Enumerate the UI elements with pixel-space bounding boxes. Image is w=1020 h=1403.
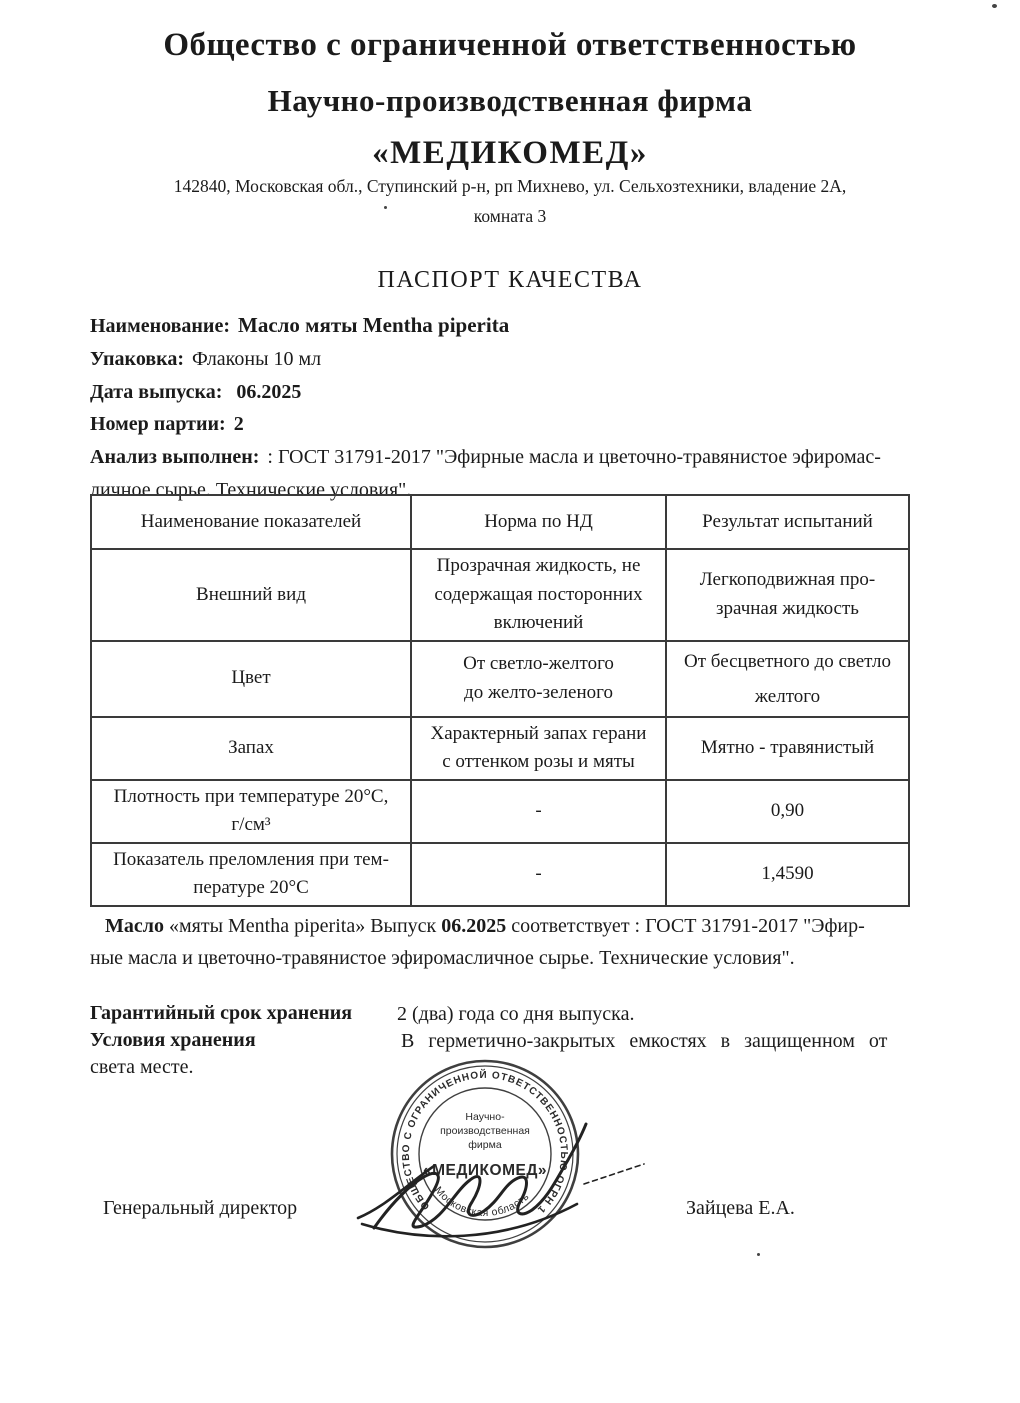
- org-address-line1: 142840, Московская обл., Ступинский р-н,…: [0, 176, 1020, 197]
- seal-outer-ring: [392, 1061, 578, 1247]
- storage-conditions-label: Условия хранения: [90, 1029, 256, 1052]
- table-row-odor: Запах Характерный запах герани с оттенко…: [91, 717, 909, 780]
- cell-result: Мятно - травянистый: [666, 717, 909, 780]
- field-name-label: Наименование:: [90, 315, 230, 337]
- director-role: Генеральный директор: [103, 1197, 297, 1220]
- storage-conditions-tail: света месте.: [90, 1056, 193, 1079]
- conformity-standard: соответствует : ГОСТ 31791-2017 "Эфир-: [506, 915, 865, 937]
- field-package: Упаковка:Флаконы 10 мл: [90, 343, 928, 376]
- cell-norm: Прозрачная жидкость, не содержащая посто…: [411, 549, 666, 641]
- seal-inner-ring: [419, 1088, 551, 1220]
- conformity-paragraph: Масло «мяты Mentha piperita» Выпуск 06.2…: [90, 910, 914, 974]
- cell-result: 0,90: [666, 780, 909, 843]
- field-package-value: Флаконы 10 мл: [192, 348, 321, 370]
- seal-center-line3: фирма: [468, 1139, 502, 1151]
- cell-result: От бесцветного до светло желтого: [666, 641, 909, 717]
- org-subtype-line: Научно-производственная фирма: [0, 83, 1020, 119]
- table-row-appearance: Внешний вид Прозрачная жидкость, не соде…: [91, 549, 909, 641]
- page-title: ПАСПОРТ КАЧЕСТВА: [0, 267, 1020, 294]
- table-header-row: Наименование показателей Норма по НД Рез…: [91, 495, 909, 549]
- col-header-indicator: Наименование показателей: [91, 495, 411, 549]
- col-header-norm: Норма по НД: [411, 495, 666, 549]
- field-release-date-label: Дата выпуска:: [90, 381, 222, 403]
- scan-speck: [992, 4, 997, 8]
- conformity-line1: Масло «мяты Mentha piperita» Выпуск 06.2…: [90, 910, 914, 942]
- cell-norm: -: [411, 780, 666, 843]
- field-name: Наименование:Масло мяты Mentha piperita: [90, 309, 928, 343]
- table-row-refraction: Показатель преломления при тем- пературе…: [91, 843, 909, 906]
- field-batch-number-label: Номер партии:: [90, 413, 226, 435]
- cell-indicator: Цвет: [91, 641, 411, 717]
- scan-speck: [384, 206, 387, 209]
- table-row-density: Плотность при температуре 20°С, г/см³ - …: [91, 780, 909, 843]
- cell-indicator: Внешний вид: [91, 549, 411, 641]
- field-batch-number-value: 2: [234, 413, 244, 435]
- storage-conditions-value: В герметично-закрытых емкостях в защищен…: [401, 1030, 887, 1053]
- quality-passport-page: Общество с ограниченной ответственностью…: [0, 0, 1020, 1403]
- table-row-color: Цвет От светло-желтого до желто-зеленого…: [91, 641, 909, 717]
- field-release-date-value: 06.2025: [236, 381, 301, 403]
- scan-speck: [757, 1253, 760, 1256]
- field-analysis-label: Анализ выполнен:: [90, 446, 259, 468]
- company-seal: ОБЩЕСТВО С ОГРАНИЧЕННОЙ ОТВЕТСТВЕННОСТЬЮ…: [352, 1056, 692, 1256]
- field-batch-number: Номер партии:2: [90, 408, 928, 441]
- conformity-text: «мяты Mentha piperita» Выпуск: [164, 915, 441, 937]
- cell-norm: -: [411, 843, 666, 906]
- passport-fields: Наименование:Масло мяты Mentha piperita …: [90, 309, 928, 507]
- conformity-release-date: 06.2025: [441, 915, 506, 937]
- col-header-result: Результат испытаний: [666, 495, 909, 549]
- seal-center-name: «МЕДИКОМЕД»: [423, 1162, 547, 1179]
- conformity-line2: ные масла и цветочно-травянистое эфирома…: [90, 942, 914, 974]
- cell-indicator: Плотность при температуре 20°С, г/см³: [91, 780, 411, 843]
- quality-table: Наименование показателей Норма по НД Рез…: [90, 494, 910, 907]
- cell-indicator: Запах: [91, 717, 411, 780]
- cell-norm: Характерный запах герани с оттенком розы…: [411, 717, 666, 780]
- cell-norm: От светло-желтого до желто-зеленого: [411, 641, 666, 717]
- warranty-period-value: 2 (два) года со дня выпуска.: [397, 1003, 634, 1026]
- conformity-product-word: Масло: [105, 915, 164, 937]
- field-package-label: Упаковка:: [90, 348, 184, 370]
- org-name-line: «МЕДИКОМЕД»: [0, 135, 1020, 172]
- field-release-date: Дата выпуска:06.2025: [90, 376, 928, 409]
- seal-center-line1: Научно-: [465, 1111, 505, 1123]
- field-name-value: Масло мяты Mentha piperita: [238, 313, 509, 337]
- cell-result: Легкоподвижная про- зрачная жидкость: [666, 549, 909, 641]
- cell-indicator: Показатель преломления при тем- пературе…: [91, 843, 411, 906]
- seal-center-line2: производственная: [440, 1125, 530, 1137]
- org-type-line: Общество с ограниченной ответственностью: [0, 27, 1020, 64]
- org-address-line2: комната 3: [0, 206, 1020, 227]
- director-name: Зайцева Е.А.: [686, 1197, 795, 1220]
- cell-result: 1,4590: [666, 843, 909, 906]
- warranty-period-label: Гарантийный срок хранения: [90, 1002, 352, 1025]
